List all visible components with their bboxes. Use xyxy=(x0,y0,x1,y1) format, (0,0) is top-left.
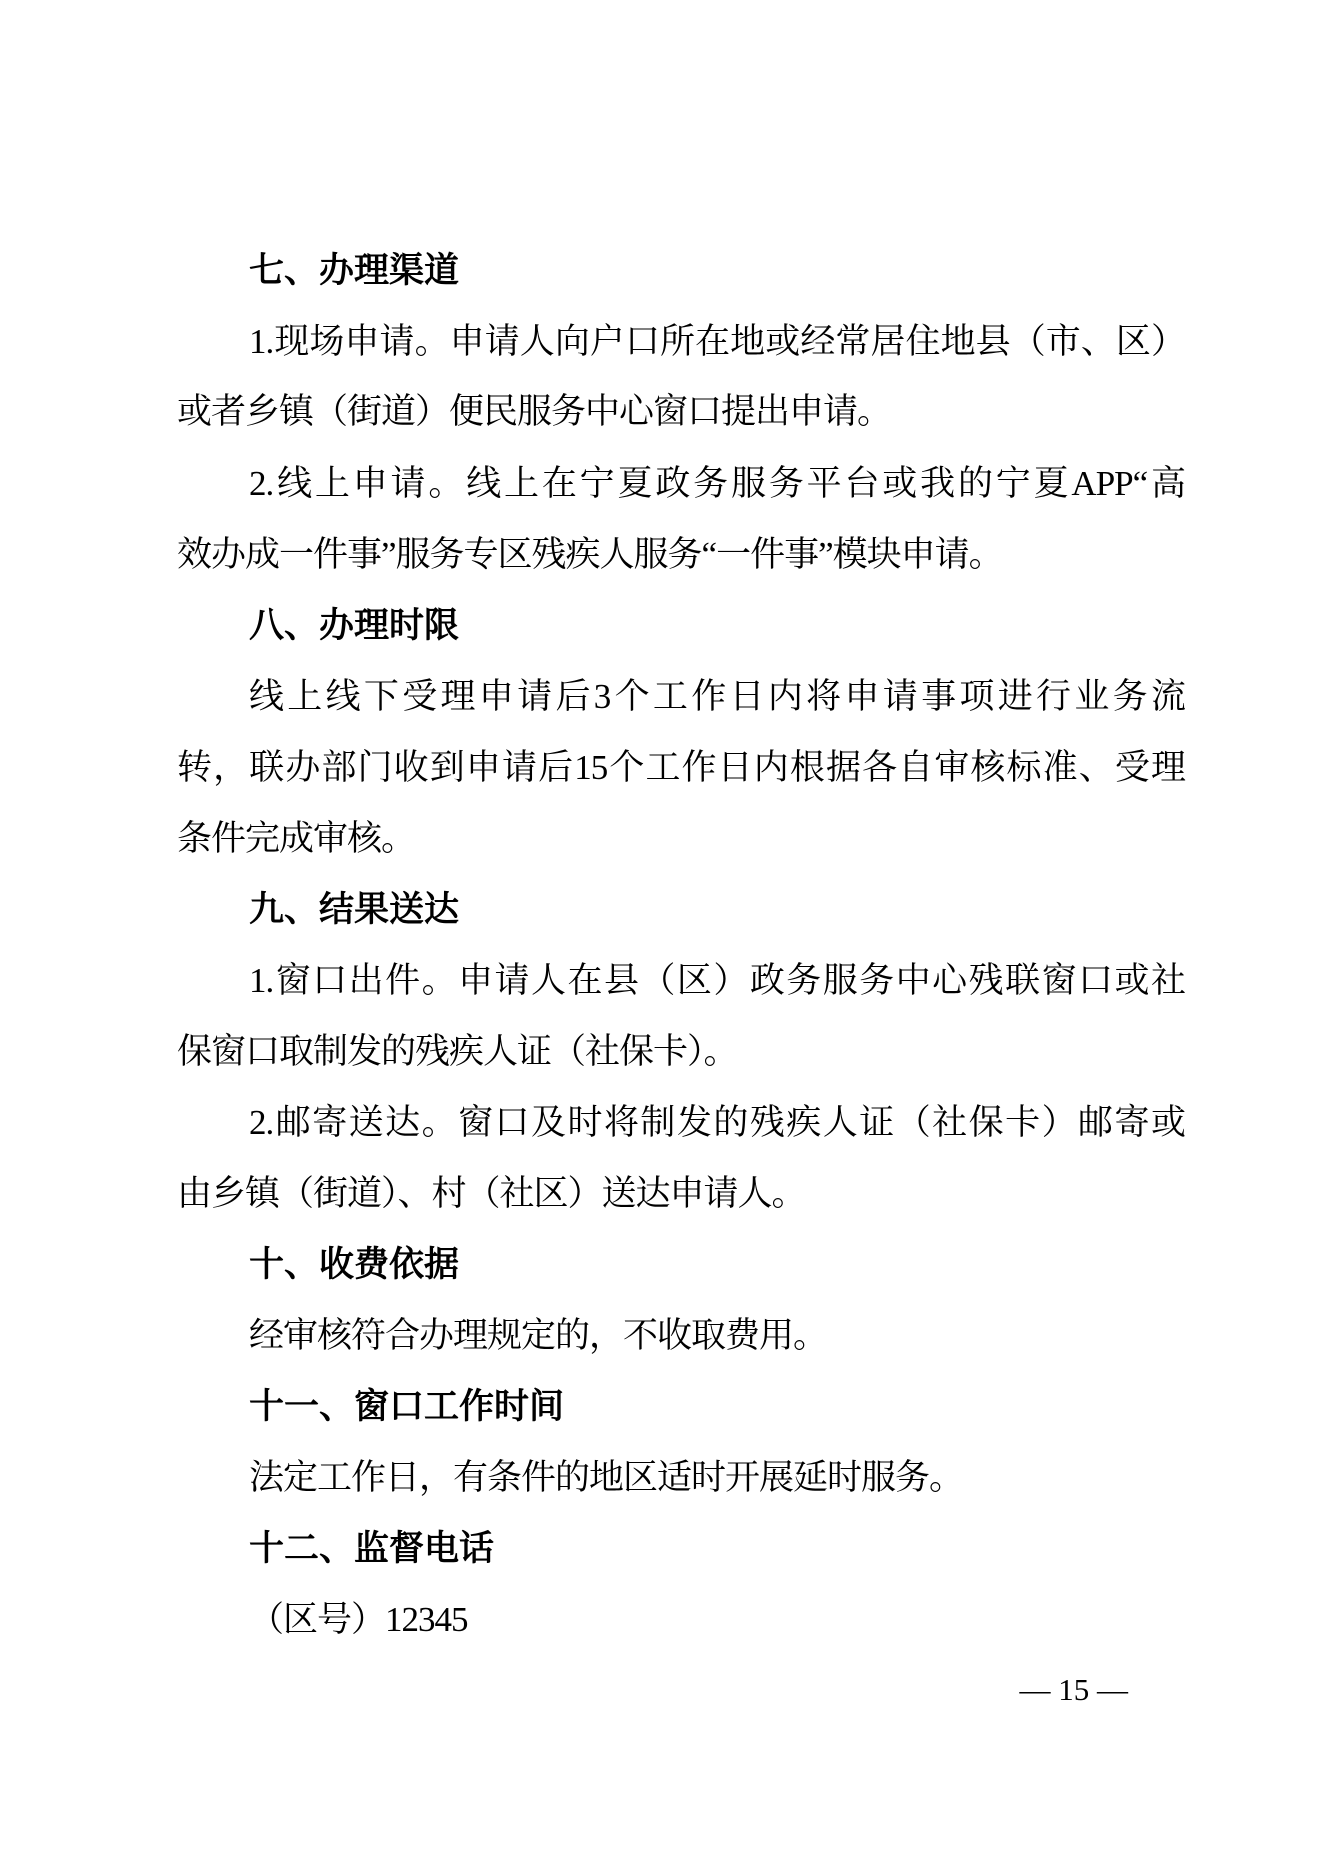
document-page: 七、办理渠道 1.现场申请。申请人向户口所在地或经常居住地县（市、区） 或者乡镇… xyxy=(0,0,1324,1871)
paragraph-line: 1.窗口出件。申请人在县（区）政务服务中心残联窗口或社 xyxy=(177,959,1185,1003)
paragraph-line: 经审核符合办理规定的，不收取费用。 xyxy=(177,1314,1185,1358)
section-heading-8: 八、办理时限 xyxy=(177,604,1185,648)
paragraph-line: 2.线上申请。线上在宁夏政务服务平台或我的宁夏APP“高 xyxy=(177,462,1185,506)
section-heading-11: 十一、窗口工作时间 xyxy=(177,1385,1185,1429)
paragraph-line: 1.现场申请。申请人向户口所在地或经常居住地县（市、区） xyxy=(177,320,1185,364)
paragraph-line: 或者乡镇（街道）便民服务中心窗口提出申请。 xyxy=(177,390,1185,434)
paragraph-line: 2.邮寄送达。窗口及时将制发的残疾人证（社保卡）邮寄或 xyxy=(177,1101,1185,1145)
section-heading-9: 九、结果送达 xyxy=(177,888,1185,932)
paragraph-line: 法定工作日，有条件的地区适时开展延时服务。 xyxy=(177,1456,1185,1500)
paragraph-line: 条件完成审核。 xyxy=(177,817,1185,861)
section-heading-10: 十、收费依据 xyxy=(177,1243,1185,1287)
section-heading-7: 七、办理渠道 xyxy=(177,249,1185,293)
paragraph-line: 线上线下受理申请后3个工作日内将申请事项进行业务流 xyxy=(177,675,1185,719)
paragraph-line: 转，联办部门收到申请后15个工作日内根据各自审核标准、受理 xyxy=(177,746,1185,790)
paragraph-line: 由乡镇（街道）、村（社区）送达申请人。 xyxy=(177,1172,1185,1216)
paragraph-line: 保窗口取制发的残疾人证（社保卡）。 xyxy=(177,1030,1185,1074)
paragraph-line: 效办成一件事”服务专区残疾人服务“一件事”模块申请。 xyxy=(177,533,1185,577)
section-heading-12: 十二、监督电话 xyxy=(177,1527,1185,1571)
paragraph-line: （区号）12345 xyxy=(177,1598,1185,1642)
page-number: — 15 — xyxy=(1020,1672,1129,1708)
